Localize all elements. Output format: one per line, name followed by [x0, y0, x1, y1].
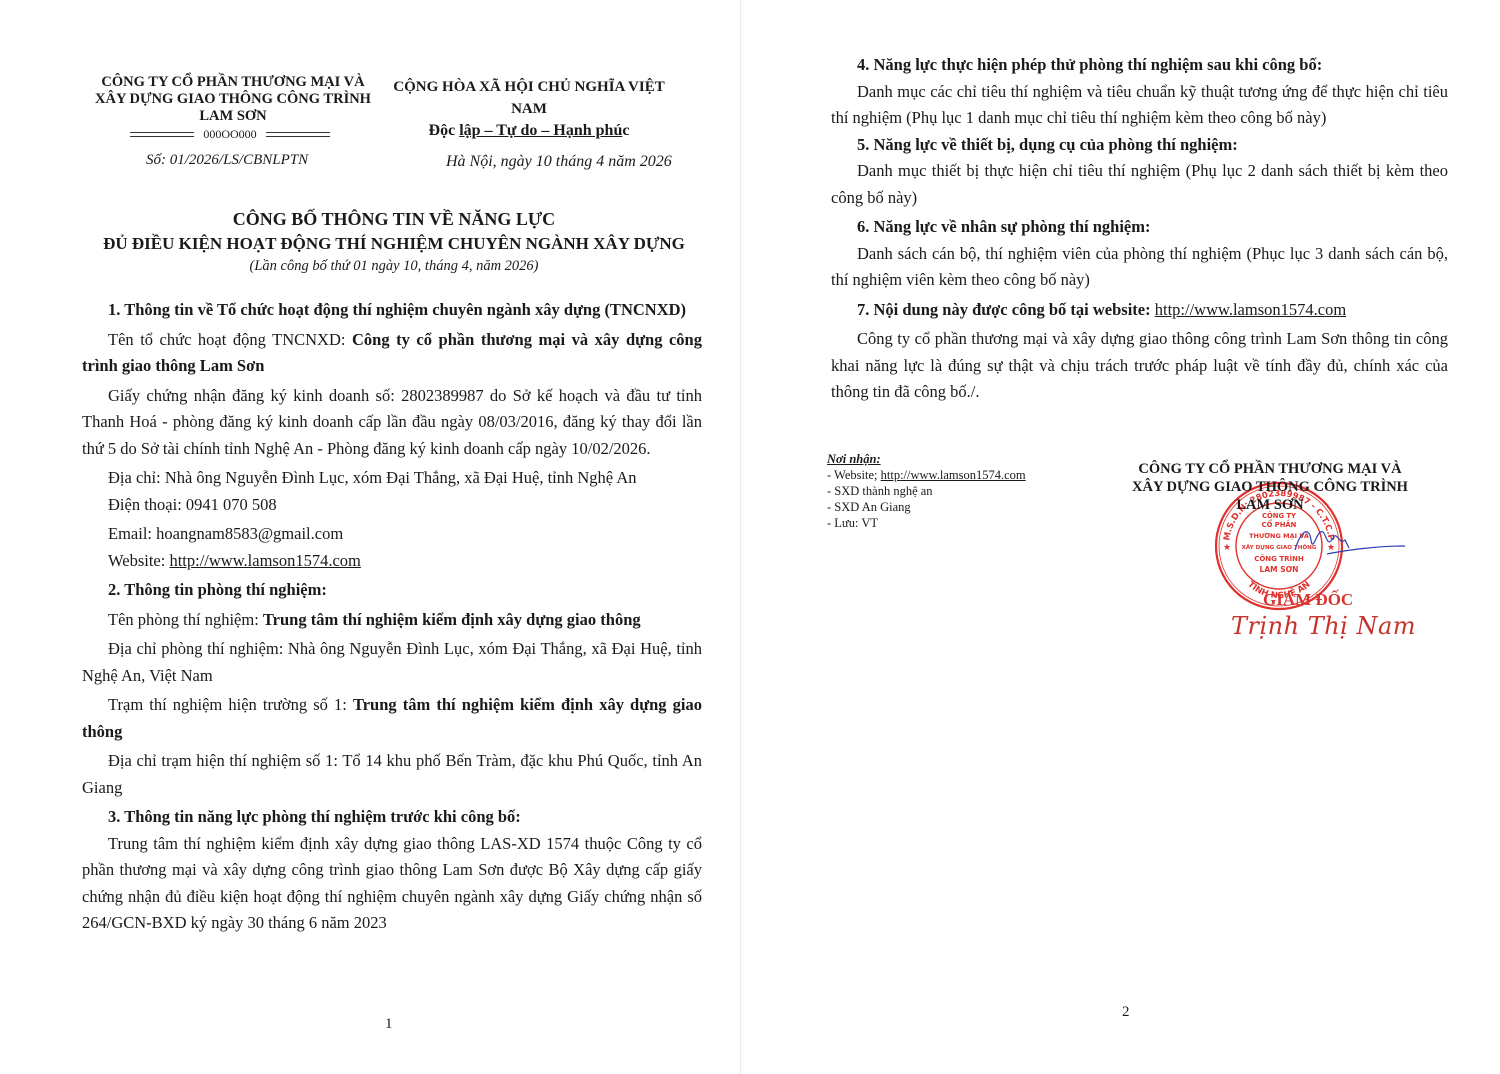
page1-body: 1. Thông tin về Tổ chức hoạt động thí ng… [82, 297, 702, 937]
org-phone: Điện thoại: 0941 070 508 [82, 492, 702, 519]
section-4-heading: 4. Năng lực thực hiện phép thử phòng thí… [831, 52, 1448, 79]
issuer-name-line: CÔNG TY CỔ PHẦN THƯƠNG MẠI VÀ [88, 74, 378, 91]
signer-company-line: CÔNG TY CỔ PHẦN THƯƠNG MẠI VÀ [1126, 460, 1414, 478]
document-title: CÔNG BỐ THÔNG TIN VỀ NĂNG LỰC [80, 209, 708, 230]
recipient-website-link[interactable]: http://www.lamson1574.com [881, 468, 1026, 482]
org-email: Email: hoangnam8583@gmail.com [82, 521, 702, 548]
section-4-text: Danh mục các chỉ tiêu thí nghiệm và tiêu… [831, 79, 1448, 132]
org-name: Tên tổ chức hoạt động TNCNXD: Công ty cổ… [82, 327, 702, 380]
recipient-item: - Website; http://www.lamson1574.com [827, 467, 1026, 483]
section-2-heading: 2. Thông tin phòng thí nghiệm: [82, 577, 702, 604]
business-license: Giấy chứng nhận đăng ký kinh doanh số: 2… [82, 383, 702, 463]
document-page-1: CÔNG TY CỔ PHẦN THƯƠNG MẠI VÀ XÂY DỰNG G… [0, 0, 740, 1074]
ornament-text: 000OO000 [201, 127, 258, 141]
document-subtitle: ĐỦ ĐIỀU KIỆN HOẠT ĐỘNG THÍ NGHIỆM CHUYÊN… [80, 234, 708, 254]
signature-block: CÔNG TY CỔ PHẦN THƯƠNG MẠI VÀ XÂY DỰNG G… [1126, 460, 1414, 514]
page-number: 2 [1122, 1004, 1130, 1021]
org-address: Địa chỉ: Nhà ông Nguyễn Đình Lục, xóm Đạ… [82, 465, 702, 492]
issuer-name-line: XÂY DỰNG GIAO THÔNG CÔNG TRÌNH [88, 91, 378, 108]
lab-name: Tên phòng thí nghiệm: Trung tâm thí nghi… [82, 607, 702, 634]
national-motto: Độc lập – Tự do – Hạnh phúc [376, 120, 682, 142]
signer-company-line: LAM SƠN [1126, 496, 1414, 514]
closing-statement: Công ty cổ phần thương mại và xây dựng g… [831, 326, 1448, 406]
section-5-text: Danh mục thiết bị thực hiện chỉ tiêu thí… [831, 158, 1448, 211]
national-header: CỘNG HÒA XÃ HỘI CHỦ NGHĨA VIỆT NAM Độc l… [376, 76, 682, 142]
recipients-block: Nơi nhận: - Website; http://www.lamson15… [827, 451, 1026, 531]
page2-body: 4. Năng lực thực hiện phép thử phòng thí… [831, 52, 1448, 406]
document-page-2: 4. Năng lực thực hiện phép thử phòng thí… [741, 0, 1500, 1074]
signer-name: Trịnh Thị Nam [1231, 612, 1416, 640]
recipient-item: - SXD An Giang [827, 499, 1026, 515]
nation-title: CỘNG HÒA XÃ HỘI CHỦ NGHĨA VIỆT NAM [376, 76, 682, 120]
document-number: Số: 01/2026/LS/CBNLPTN [146, 152, 308, 169]
section-5-heading: 5. Năng lực về thiết bị, dụng cụ của phò… [831, 132, 1448, 159]
org-website: Website: http://www.lamson1574.com [82, 548, 702, 575]
website-link[interactable]: http://www.lamson1574.com [169, 551, 360, 570]
section-7: 7. Nội dung này được công bố tại website… [831, 297, 1448, 324]
lab-address: Địa chỉ phòng thí nghiệm: Nhà ông Nguyễn… [82, 636, 702, 689]
recipients-label: Nơi nhận: [827, 451, 1026, 467]
section-3-heading: 3. Thông tin năng lực phòng thí nghiệm t… [82, 804, 702, 831]
publication-website-link[interactable]: http://www.lamson1574.com [1155, 300, 1346, 319]
recipient-item: - SXD thành nghệ an [827, 483, 1026, 499]
section-6-text: Danh sách cán bộ, thí nghiệm viên của ph… [831, 241, 1448, 294]
announcement-edition: (Lần công bố thứ 01 ngày 10, tháng 4, nă… [80, 258, 708, 275]
svg-text:LAM SƠN: LAM SƠN [1260, 565, 1299, 574]
signer-company-line: XÂY DỰNG GIAO THÔNG CÔNG TRÌNH [1126, 478, 1414, 496]
issuer-header: CÔNG TY CỔ PHẦN THƯƠNG MẠI VÀ XÂY DỰNG G… [88, 74, 378, 125]
section-1-heading: 1. Thông tin về Tổ chức hoạt động thí ng… [82, 297, 702, 324]
handwritten-signature-mark [1287, 520, 1407, 560]
header-ornament-rule: 000OO000 [130, 128, 330, 140]
place-and-date: Hà Nội, ngày 10 tháng 4 năm 2026 [446, 153, 672, 171]
section-6-heading: 6. Năng lực về nhân sự phòng thí nghiệm: [831, 214, 1448, 241]
signer-title: GIÁM ĐỐC [1263, 590, 1353, 610]
section-3-text: Trung tâm thí nghiệm kiểm định xây dựng … [82, 831, 702, 937]
page-number: 1 [385, 1016, 393, 1033]
field-station: Trạm thí nghiệm hiện trường số 1: Trung … [82, 692, 702, 745]
recipient-item: - Lưu: VT [827, 515, 1026, 531]
issuer-name-line: LAM SƠN [88, 108, 378, 125]
svg-text:★: ★ [1223, 543, 1231, 553]
field-station-address: Địa chỉ trạm hiện thí nghiệm số 1: Tổ 14… [82, 748, 702, 801]
